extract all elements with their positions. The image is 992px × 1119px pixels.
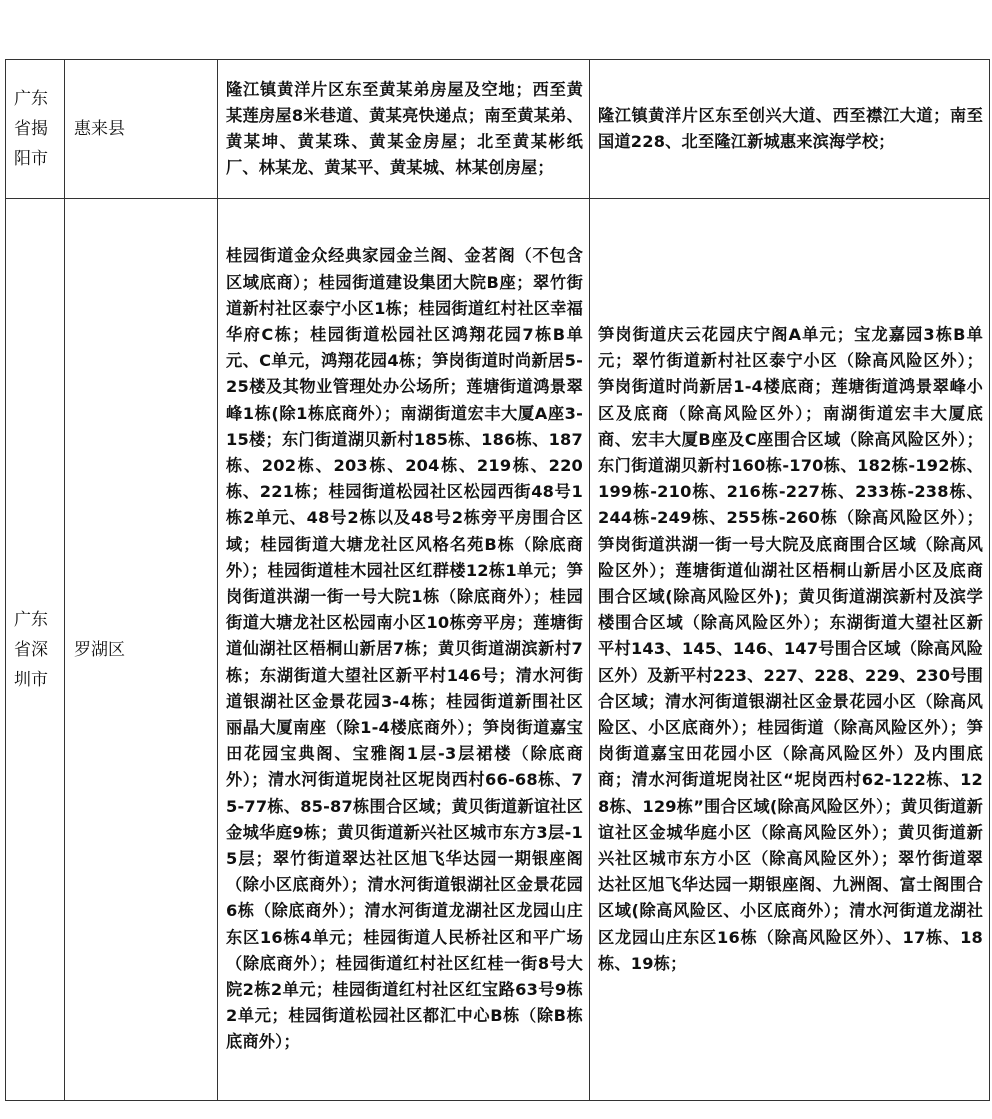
risk-area-table: 广东省揭阳市 惠来县 隆江镇黄洋片区东至黄某弟房屋及空地；西至黄某莲房屋8米巷道…	[5, 59, 990, 1101]
district-name: 惠来县	[74, 119, 125, 139]
medium-risk-area-cell: 笋岗街道庆云花园庆宁阁A单元；宝龙嘉园3栋B单元；翠竹街道新村社区泰宁小区（除高…	[590, 199, 990, 1101]
high-risk-area-cell: 隆江镇黄洋片区东至黄某弟房屋及空地；西至黄某莲房屋8米巷道、黄某亮快递点；南至黄…	[218, 60, 590, 199]
table-row: 广东省揭阳市 惠来县 隆江镇黄洋片区东至黄某弟房屋及空地；西至黄某莲房屋8米巷道…	[6, 60, 990, 199]
district-cell: 罗湖区	[65, 199, 218, 1101]
high-risk-area-cell: 桂园街道金众经典家园金兰阁、金茗阁（不包含区域底商）；桂园街道建设集团大院B座；…	[218, 199, 590, 1101]
high-risk-area-text: 桂园街道金众经典家园金兰阁、金茗阁（不包含区域底商）；桂园街道建设集团大院B座；…	[226, 243, 583, 1055]
district-name: 罗湖区	[74, 640, 125, 660]
city-cell: 广东省深圳市	[6, 199, 65, 1101]
table-row: 广东省深圳市 罗湖区 桂园街道金众经典家园金兰阁、金茗阁（不包含区域底商）；桂园…	[6, 199, 990, 1101]
medium-risk-area-cell: 隆江镇黄洋片区东至创兴大道、西至襟江大道；南至国道228、北至隆江新城惠来滨海学…	[590, 60, 990, 199]
city-name: 广东省深圳市	[14, 605, 51, 695]
district-cell: 惠来县	[65, 60, 218, 199]
medium-risk-area-text: 笋岗街道庆云花园庆宁阁A单元；宝龙嘉园3栋B单元；翠竹街道新村社区泰宁小区（除高…	[598, 322, 983, 977]
high-risk-area-text: 隆江镇黄洋片区东至黄某弟房屋及空地；西至黄某莲房屋8米巷道、黄某亮快递点；南至黄…	[226, 77, 583, 182]
city-cell: 广东省揭阳市	[6, 60, 65, 199]
medium-risk-area-text: 隆江镇黄洋片区东至创兴大道、西至襟江大道；南至国道228、北至隆江新城惠来滨海学…	[598, 103, 983, 155]
city-name: 广东省揭阳市	[14, 84, 51, 174]
